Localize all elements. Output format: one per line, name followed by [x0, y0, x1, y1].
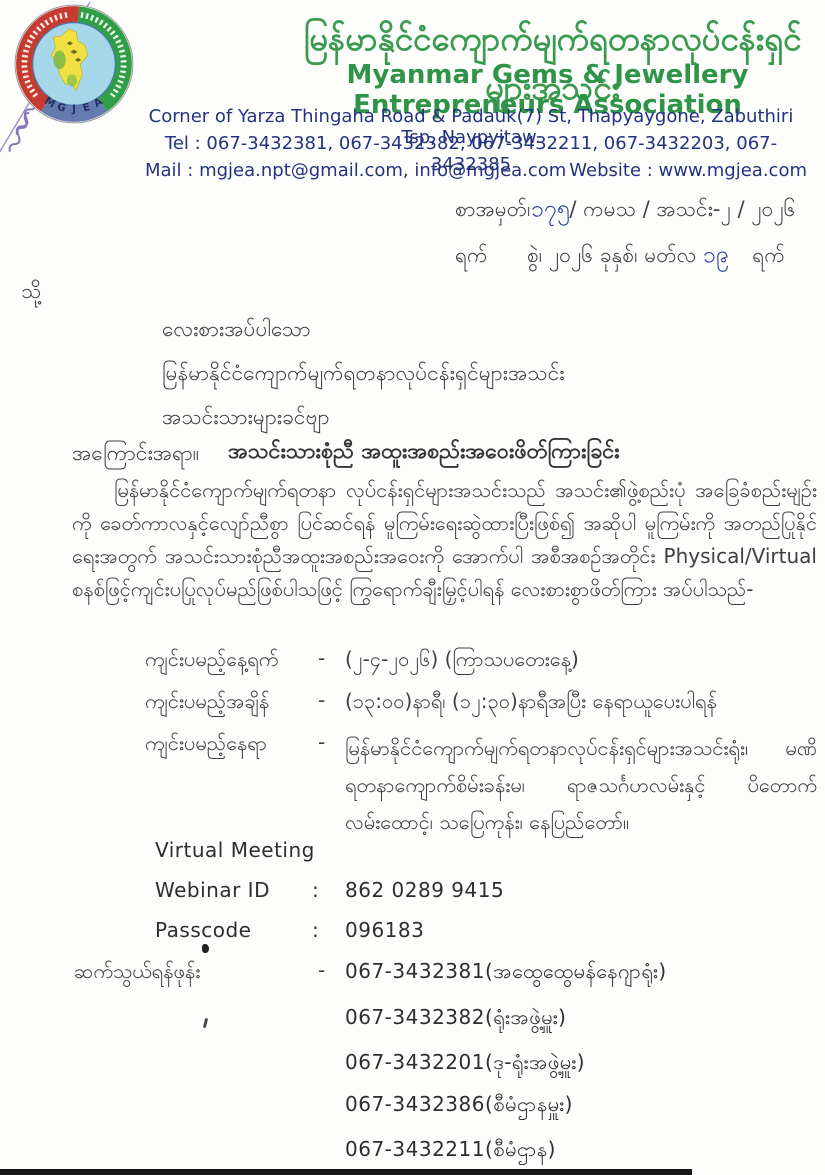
date-middle: ၂၀၂၆ ခုနှစ်၊ မတ်လ	[549, 243, 697, 267]
contact-label: ဆက်သွယ်ရန်ဖုန်း	[74, 959, 200, 983]
detail-label: ကျင်းပမည့်နေ့ရက်	[145, 647, 278, 671]
ink-blot	[202, 944, 209, 953]
scan-edge-strip	[0, 1169, 692, 1175]
recipient-line-3: အသင်းသားများခင်ဗျာ	[162, 404, 330, 435]
mgjea-logo: M G J E A	[12, 2, 136, 126]
stray-mark	[203, 1018, 208, 1028]
subject-label: အကြောင်းအရာ။	[72, 440, 199, 471]
date-word2: စွဲ၊	[527, 243, 542, 267]
recipient-line-2: မြန်မာနိုင်ငံကျောက်မျက်ရတနာလုပ်ငန်းရှင်မ…	[162, 360, 565, 391]
passcode-label: Passcode	[155, 918, 252, 942]
map-green-patch	[53, 51, 65, 70]
date-word3: ရက်	[752, 243, 785, 267]
webinar-id-row: Webinar ID : 862 0289 9415	[155, 878, 655, 902]
colon: :	[312, 918, 319, 942]
detail-value: (၁၃:၀၀)နာရီ၊ (၁၂:၃၀)နာရီအပြီး နေရာယူပေးပ…	[345, 688, 717, 718]
date-word1: ရက်	[455, 243, 488, 267]
phone-entry: 067-3432201(ဒု-ရုံးအဖွဲ့မှူး)	[345, 1049, 585, 1079]
ref-suffix: / ကမသ / အသင်း-၂ / ၂၀၂၆	[569, 197, 795, 221]
recipient-to: သို့	[21, 278, 41, 309]
header-mail: Mail : mgjea.npt@gmail.com, info@mgjea.c…	[145, 160, 566, 181]
phone-entry: 067-3432381(အထွေထွေမန်နေဂျာရုံး)	[345, 958, 667, 988]
detail-value: မြန်မာနိုင်ငံကျောက်မျက်ရတနာလုပ်ငန်းရှင်မ…	[345, 730, 817, 841]
contact-row: ဆက်သွယ်ရန်ဖုန်း - 067-3432381(အထွေထွေမန်…	[74, 958, 814, 988]
subject-text: အသင်းသားစုံညီ အထူးအစည်းအဝေးဖိတ်ကြားခြင်း	[228, 438, 620, 469]
body-paragraph: မြန်မာနိုင်ငံကျောက်မျက်ရတနာ လုပ်ငန်းရှင်…	[72, 474, 817, 606]
detail-row-date: ကျင်းပမည့်နေ့ရက် - (၂-၄-၂၀၂၆) (ကြာသပတေးန…	[145, 646, 825, 676]
reference-date-line: ရက် စွဲ၊ ၂၀၂၆ ခုနှစ်၊ မတ်လ ၁၉ ရက်	[455, 240, 785, 274]
phone-entry: 067-3432382(ရုံးအဖွဲ့မှူး)	[345, 1004, 566, 1034]
detail-value: (၂-၄-၂၀၂၆) (ကြာသပတေးနေ့)	[345, 646, 579, 676]
letter-page: M G J E A မြန်မာနိုင်ငံကျောက်မျက်ရတနာလုပ…	[0, 0, 825, 1175]
detail-label: ကျင်းပမည့်နေရာ	[145, 731, 267, 755]
recipient-line-1: လေးစားအပ်ပါသော	[162, 316, 311, 347]
contact-dash: -	[318, 958, 325, 982]
map-green-patch-2	[67, 74, 77, 86]
reference-number-line: စာအမှတ်၊၁၇၅/ ကမသ / အသင်း-၂ / ၂၀၂၆	[455, 194, 795, 228]
detail-label: ကျင်းပမည့်အချိန်	[145, 689, 269, 713]
detail-dash: -	[318, 730, 325, 754]
virtual-meeting-title: Virtual Meeting	[155, 838, 315, 862]
colon: :	[312, 878, 319, 902]
detail-dash: -	[318, 646, 325, 670]
passcode-value: 096183	[345, 918, 424, 942]
date-day-handwritten: ၁၉	[702, 240, 729, 275]
logo-letter-j: J	[71, 104, 76, 116]
phone-entry: 067-3432211(စီမံဌာန)	[345, 1136, 556, 1166]
passcode-row: Passcode : 096183	[155, 918, 655, 942]
header-website: Website : www.mgjea.com	[569, 160, 807, 181]
phone-entry: 067-3432386(စီမံဌာနမှူး)	[345, 1091, 573, 1121]
detail-row-time: ကျင်းပမည့်အချိန် - (၁၃:၀၀)နာရီ၊ (၁၂:၃၀)န…	[145, 688, 825, 718]
webinar-id-label: Webinar ID	[155, 878, 270, 902]
ref-number-handwritten: ၁၇၅	[530, 193, 570, 228]
detail-dash: -	[318, 688, 325, 712]
webinar-id-value: 862 0289 9415	[345, 878, 504, 902]
ref-prefix: စာအမှတ်၊	[455, 197, 531, 221]
detail-row-venue: ကျင်းပမည့်နေရာ - မြန်မာနိုင်ငံကျောက်မျက်…	[145, 730, 825, 760]
